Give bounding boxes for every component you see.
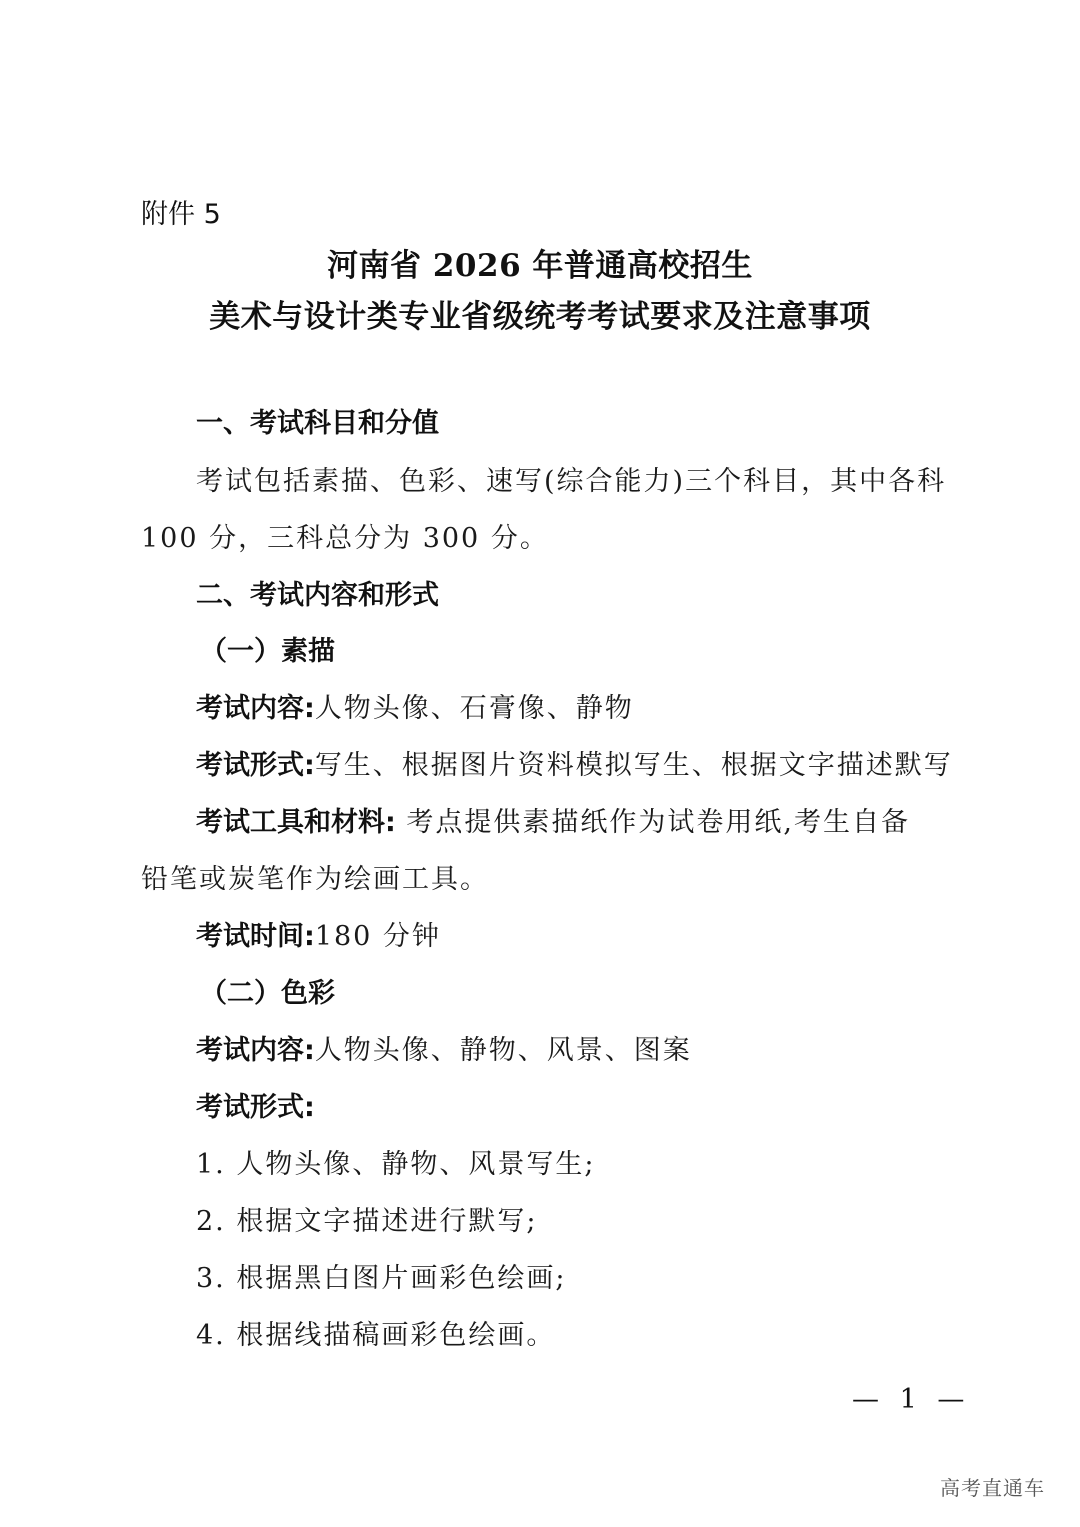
section2-heading: 二、考试内容和形式 [196,578,439,614]
sketch-form-row: 考试形式:写生、根据图片资料模拟写生、根据文字描述默写 [196,748,953,784]
sketch-content-row: 考试内容:人物头像、石膏像、静物 [196,691,634,727]
sketch-time-row: 考试时间:180 分钟 [196,919,441,955]
sketch-content-label: 考试内容: [196,693,315,724]
color-form-label: 考试形式: [196,1092,315,1123]
color-form-item-2: 2. 根据文字描述进行默写; [196,1204,537,1240]
sketch-form-label: 考试形式: [196,750,315,781]
color-form-item-3: 3. 根据黑白图片画彩色绘画; [196,1261,566,1297]
color-heading: （二）色彩 [200,976,335,1012]
sketch-tools-value-line2: 铅笔或炭笔作为绘画工具。 [141,862,489,898]
sketch-tools-label: 考试工具和材料: [196,807,396,838]
sketch-time-label: 考试时间: [196,921,315,952]
sketch-tools-value-line1: 考点提供素描纸作为试卷用纸,考生自备 [396,807,910,838]
section1-paragraph-line1: 考试包括素描、色彩、速写(综合能力)三个科目，其中各科 [196,464,946,500]
sketch-content-value: 人物头像、石膏像、静物 [315,693,634,724]
color-content-value: 人物头像、静物、风景、图案 [315,1035,692,1066]
section1-paragraph-line2: 100 分，三科总分为 300 分。 [141,521,549,557]
document-title-line1: 河南省 2026 年普通高校招生 [0,246,1080,286]
sketch-heading: （一）素描 [200,634,335,670]
page-number: — 1 — [852,1382,970,1418]
attachment-label: 附件 5 [141,197,221,233]
document-title-line2: 美术与设计类专业省级统考考试要求及注意事项 [0,297,1080,337]
color-content-row: 考试内容:人物头像、静物、风景、图案 [196,1033,692,1069]
color-form-row: 考试形式: [196,1090,315,1126]
sketch-time-value: 180 分钟 [315,921,441,952]
section1-heading: 一、考试科目和分值 [196,406,439,442]
color-form-item-1: 1. 人物头像、静物、风景写生; [196,1147,595,1183]
sketch-tools-row: 考试工具和材料: 考点提供素描纸作为试卷用纸,考生自备 [196,805,910,841]
sketch-form-value: 写生、根据图片资料模拟写生、根据文字描述默写 [315,750,953,781]
color-content-label: 考试内容: [196,1035,315,1066]
watermark: 高考直通车 [940,1474,1045,1502]
color-form-item-4: 4. 根据线描稿画彩色绘画。 [196,1318,555,1354]
